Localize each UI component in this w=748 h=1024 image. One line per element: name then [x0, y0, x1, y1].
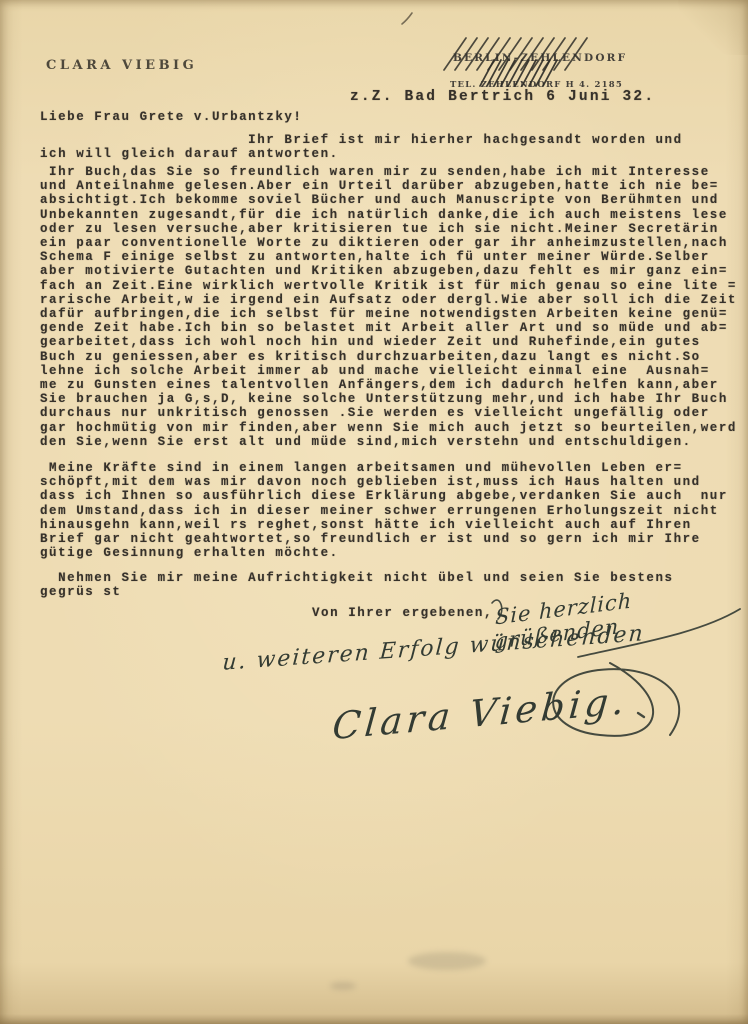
letter-page: CLARA VIEBIG BERLIN-ZEHLENDORF TEL. ZEHL… [0, 0, 748, 1024]
handwritten-closing-line-2: u. weiteren Erfolg wünschenden [222, 621, 646, 676]
date-line: z.Z. Bad Bertrich 6 Juni 32. [350, 90, 655, 104]
salutation: Liebe Frau Grete v.Urbantzky! [40, 110, 303, 124]
sender-name: CLARA VIEBIG [46, 58, 197, 73]
body-paragraph-3: Meine Kräfte sind in einem langen arbeit… [40, 461, 728, 560]
closing-typed: Von Ihrer ergebenen, [312, 606, 493, 620]
body-paragraph-2: Ihr Buch,das Sie so freundlich waren mir… [40, 165, 737, 449]
pencil-smudge [408, 952, 486, 970]
pen-tick-mark [398, 10, 418, 28]
signature: Clara Viebig. [331, 679, 630, 748]
paper-corner-shadow [678, 0, 748, 55]
letterhead-city: BERLIN-ZEHLENDORF [453, 52, 627, 64]
pencil-smudge [330, 982, 356, 990]
body-paragraph-1: Ihr Brief ist mir hierher hachgesandt wo… [40, 133, 683, 161]
